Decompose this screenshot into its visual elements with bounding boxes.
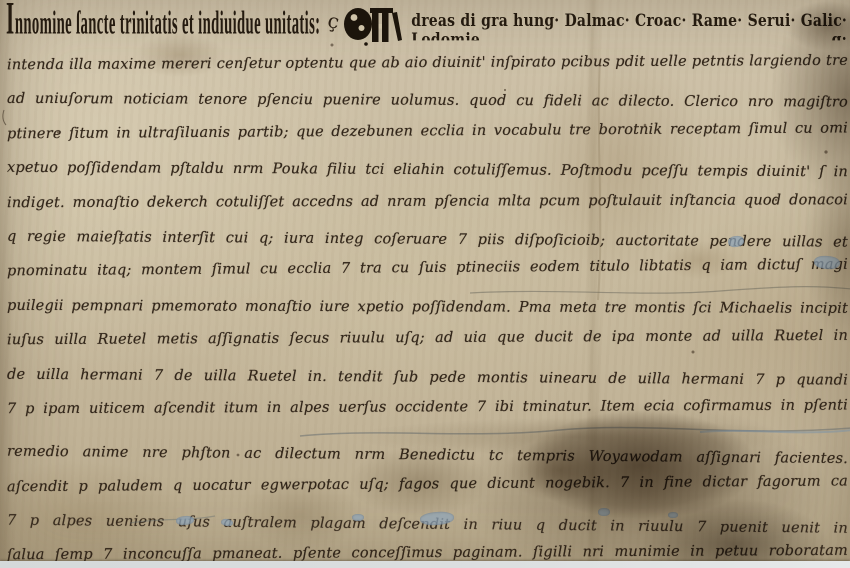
royal-intitulatio: dreas di gra hung· Dalmac· Croac· Rame· … (411, 12, 850, 40)
repair-patch (668, 512, 678, 518)
charter-body-text: intenda illa maxime mereri cenſetur opte… (7, 48, 848, 568)
scribal-flourish-mark: ç (326, 8, 342, 34)
repair-patch (598, 508, 610, 516)
manuscript-line: aſcendit p paludem q uocatur egwerpotac … (7, 464, 848, 504)
manuscript-line: ptinere ſitum in ultraſiluanis partib; q… (7, 111, 848, 151)
photo-bottom-edge (0, 561, 850, 568)
decorated-initial-I: I (6, 0, 15, 44)
andreas-initial-monogram-icon: A (343, 5, 405, 51)
manuscript-line: indiget. monaſtio dekerch cotuliſſet acc… (7, 183, 848, 220)
manuscript-line: iuſus uilla Ruetel metis aſſignatis ſecu… (7, 319, 848, 358)
charter-photograph: Innomine ſancte trinitatis et indiuidue … (0, 0, 850, 568)
invocation-text: nnomine ſancte trinitatis et indiuidue u… (15, 4, 321, 41)
repair-patch (352, 514, 364, 521)
manuscript-line: intenda illa maxime mereri cenſetur opte… (7, 44, 848, 83)
invocation-elongated-script: Innomine ſancte trinitatis et indiuidue … (6, 3, 324, 53)
manuscript-line: 7 p ipam uiticem aſcendit itum in alpes … (7, 388, 848, 426)
manuscript-line: pnominatu itaq; montem ſimul cu ecclia 7… (7, 248, 848, 289)
